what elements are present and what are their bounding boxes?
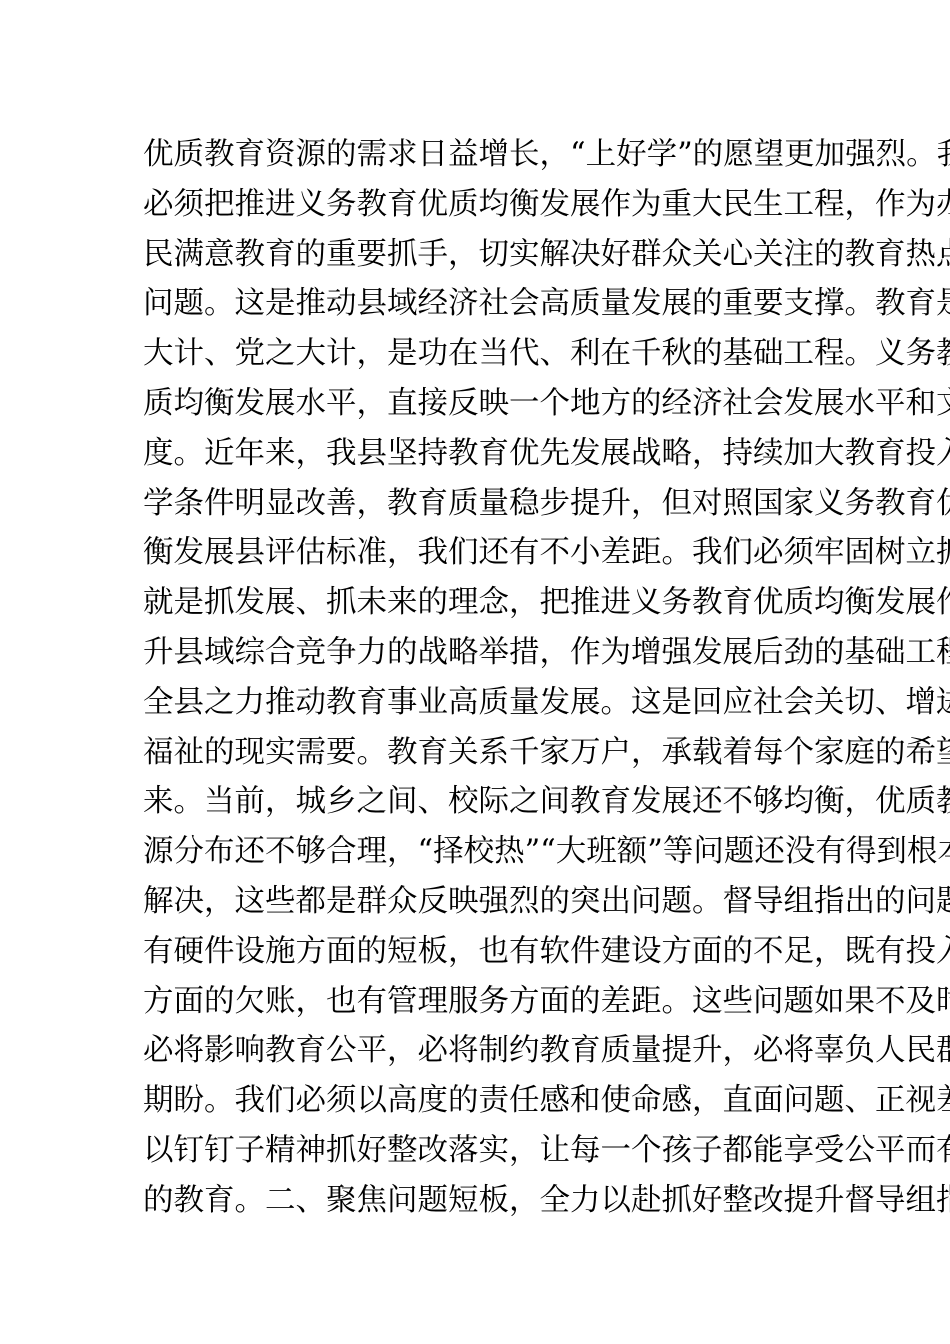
- text-line-4: 问题。这是推动县域经济社会高质量发展的重要支撑。教育是国之: [143, 283, 823, 333]
- document-page: 优质教育资源的需求日益增长，“上好学”的愿望更加强烈。我们 必须把推进义务教育优…: [0, 0, 950, 1344]
- text-line-8: 学条件明显改善，教育质量稳步提升，但对照国家义务教育优质均: [143, 483, 823, 533]
- text-line-11: 升县域综合竞争力的战略举措，作为增强发展后劲的基础工程，举: [143, 632, 823, 682]
- text-line-9: 衡发展县评估标准，我们还有不小差距。我们必须牢固树立抓教育: [143, 532, 823, 582]
- text-line-18: 方面的欠账，也有管理服务方面的差距。这些问题如果不及时解决，: [143, 981, 823, 1031]
- text-line-21: 以钉钉子精神抓好整改落实，让每一个孩子都能享受公平而有质量: [143, 1130, 823, 1180]
- text-line-2: 必须把推进义务教育优质均衡发展作为重大民生工程，作为办好人: [143, 184, 823, 234]
- text-line-17: 有硬件设施方面的短板，也有软件建设方面的不足，既有投入保障: [143, 931, 823, 981]
- text-line-19: 必将影响教育公平，必将制约教育质量提升，必将辜负人民群众的: [143, 1030, 823, 1080]
- text-line-12: 全县之力推动教育事业高质量发展。这是回应社会关切、增进民生: [143, 682, 823, 732]
- text-line-14: 来。当前，城乡之间、校际之间教育发展还不够均衡，优质教育资: [143, 781, 823, 831]
- text-line-6: 质均衡发展水平，直接反映一个地方的经济社会发展水平和文明程: [143, 383, 823, 433]
- text-line-16: 解决，这些都是群众反映强烈的突出问题。督导组指出的问题，既: [143, 881, 823, 931]
- body-text: 优质教育资源的需求日益增长，“上好学”的愿望更加强烈。我们 必须把推进义务教育优…: [143, 134, 823, 1230]
- text-line-20: 期盼。我们必须以高度的责任感和使命感，直面问题、正视差距，: [143, 1080, 823, 1130]
- text-line-13: 福祉的现实需要。教育关系千家万户，承载着每个家庭的希望和未: [143, 732, 823, 782]
- text-line-7: 度。近年来，我县坚持教育优先发展战略，持续加大教育投入，办: [143, 433, 823, 483]
- text-line-1: 优质教育资源的需求日益增长，“上好学”的愿望更加强烈。我们: [143, 134, 823, 184]
- text-line-15: 源分布还不够合理，“择校热”“大班额”等问题还没有得到根本: [143, 831, 823, 881]
- text-line-5: 大计、党之大计，是功在当代、利在千秋的基础工程。义务教育优: [143, 333, 823, 383]
- text-line-22: 的教育。二、聚焦问题短板，全力以赴抓好整改提升督导组指出的: [143, 1180, 823, 1230]
- text-line-3: 民满意教育的重要抓手，切实解决好群众关心关注的教育热点难点: [143, 234, 823, 284]
- text-line-10: 就是抓发展、抓未来的理念，把推进义务教育优质均衡发展作为提: [143, 582, 823, 632]
